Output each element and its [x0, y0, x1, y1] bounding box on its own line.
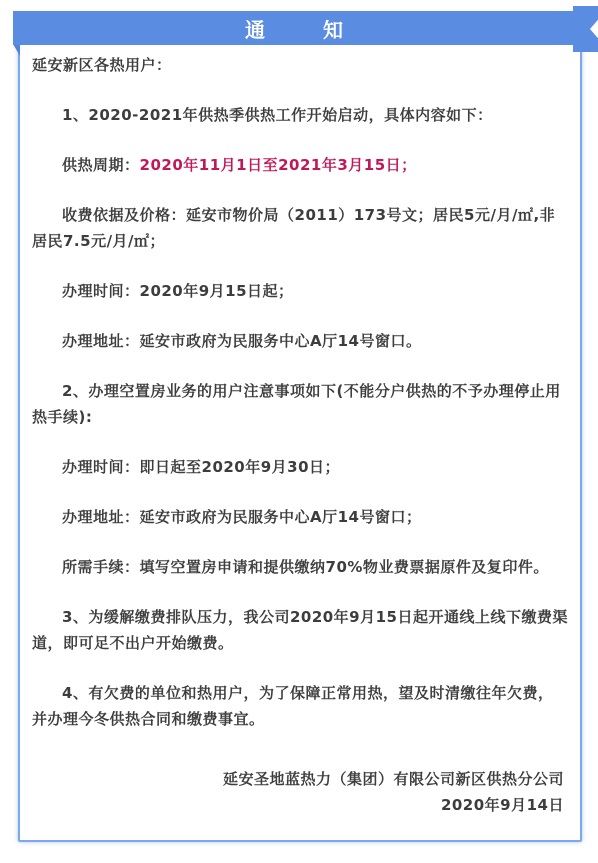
paragraph-1: 1、2020-2021年供热季供热工作开始启动，具体内容如下： [32, 102, 568, 128]
notice-page: 延安新区各热用户： 1、2020-2021年供热季供热工作开始启动，具体内容如下… [0, 0, 598, 863]
paragraph-2: 供热周期：2020年11月1日至2021年3月15日； [32, 152, 568, 178]
signature-block: 延安圣地蓝热力（集团）有限公司新区供热分公司 2020年9月14日 [32, 766, 568, 818]
paragraph-10: 3、为缓解缴费排队压力，我公司2020年9月15日起开通线上线下缴费渠道，即可足… [32, 604, 568, 656]
heating-period-label: 供热周期： [62, 156, 140, 174]
company-signature: 延安圣地蓝热力（集团）有限公司新区供热分公司 [32, 766, 564, 792]
paragraph-4: 办理时间：2020年9月15日起； [32, 278, 568, 304]
greeting: 延安新区各热用户： [32, 52, 568, 78]
notice-date: 2020年9月14日 [32, 792, 564, 818]
notice-card: 延安新区各热用户： 1、2020-2021年供热季供热工作开始启动，具体内容如下… [18, 26, 582, 842]
ribbon-title-char-2: 知 [323, 14, 343, 43]
heating-period-dates: 2020年11月1日至2021年3月15日； [140, 156, 417, 174]
ribbon-tail-icon [573, 6, 598, 52]
ribbon-fold-icon [13, 44, 20, 56]
paragraph-5: 办理地址：延安市政府为民服务中心A厅14号窗口。 [32, 328, 568, 354]
paragraph-9: 所需手续：填写空置房申请和提供缴纳70%物业费票据原件及复印件。 [32, 554, 568, 580]
notice-body: 延安新区各热用户： 1、2020-2021年供热季供热工作开始启动，具体内容如下… [20, 28, 580, 836]
paragraph-8: 办理地址：延安市政府为民服务中心A厅14号窗口； [32, 504, 568, 530]
paragraph-11: 4、有欠费的单位和热用户，为了保障正常用热，望及时清缴往年欠费，并办理今冬供热合… [32, 680, 568, 732]
paragraph-7: 办理时间：即日起至2020年9月30日； [32, 454, 568, 480]
ribbon-title-char-1: 通 [245, 14, 265, 43]
notice-ribbon: 通 知 [13, 11, 575, 45]
paragraph-3: 收费依据及价格：延安市物价局（2011）173号文；居民5元/月/㎡,非居民7.… [32, 202, 568, 254]
paragraph-6: 2、办理空置房业务的用户注意事项如下(不能分户供热的不予办理停止用热手续): [32, 378, 568, 430]
